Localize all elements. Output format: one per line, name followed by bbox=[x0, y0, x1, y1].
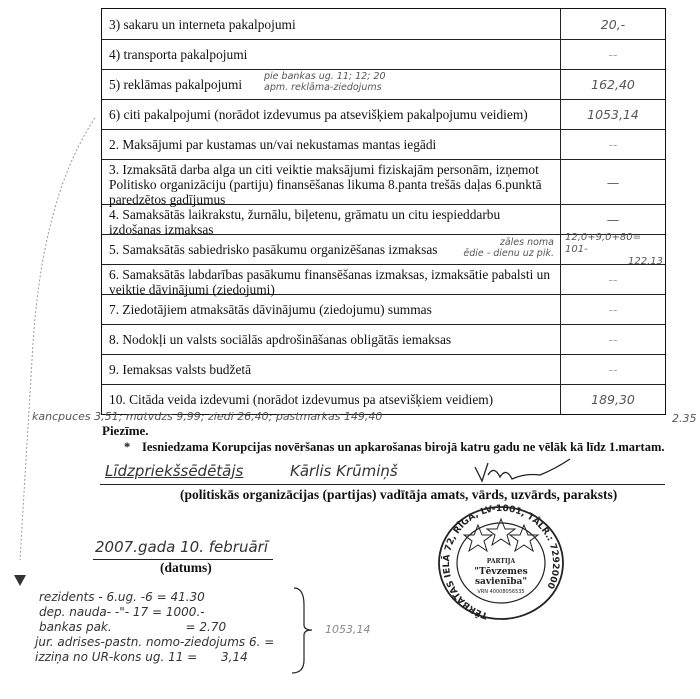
note-title: Piezīme. bbox=[102, 423, 149, 439]
row-value: 189,30 bbox=[561, 385, 665, 414]
signature-scribble bbox=[470, 455, 580, 485]
svg-text:savienība": savienība" bbox=[475, 577, 527, 587]
date-caption: (datums) bbox=[160, 560, 212, 576]
table-row: 6. Samaksātās labdarības pasākumu finans… bbox=[102, 264, 665, 294]
party-stamp: TĒRBATAS IELĀ 72, RĪGA, LV-1001, TĀLR.: … bbox=[430, 503, 572, 623]
handwritten-note: pie bankas ug. 11; 12; 20 apm. reklāma-z… bbox=[264, 71, 386, 93]
row-label: 5) reklāmas pakalpojumi bbox=[109, 77, 242, 92]
row-value: 1053,14 bbox=[561, 100, 665, 129]
row-label: 7. Ziedotājiem atmaksātās dāvinājumu (zi… bbox=[102, 295, 561, 324]
svg-text:VRN 40008056535: VRN 40008056535 bbox=[477, 589, 524, 595]
row-value: — bbox=[561, 205, 665, 234]
table-row: 4. Samaksātās laikrakstu, žurnālu, biļet… bbox=[102, 204, 665, 234]
signature-position: Līdzpriekšsēdētājs bbox=[105, 462, 243, 480]
date-value: 2007.gada 10. februārī bbox=[95, 538, 268, 556]
calc-line: rezidents - 6.ug. -6 = 41.30 bbox=[35, 590, 274, 605]
calc-line: bankas pak. = 2.70 bbox=[35, 620, 274, 635]
svg-text:PARTIJA: PARTIJA bbox=[487, 558, 516, 565]
signature-line bbox=[100, 484, 665, 485]
row-value: — bbox=[561, 160, 665, 204]
calc-total: 1053,14 bbox=[325, 623, 371, 636]
row-value: 20,- bbox=[561, 9, 665, 39]
table-row: 7. Ziedotājiem atmaksātās dāvinājumu (zi… bbox=[102, 294, 665, 324]
margin-total: 2.35 bbox=[672, 412, 697, 425]
brace-icon bbox=[290, 585, 320, 675]
calc-line: izziņa no UR-kons ug. 11 = 3,14 bbox=[35, 650, 274, 665]
table-row: 6) citi pakalpojumi (norādot izdevumus p… bbox=[102, 99, 665, 129]
table-row: 5) reklāmas pakalpojumi pie bankas ug. 1… bbox=[102, 69, 665, 99]
row-value: 12,0+9,0+80= 101- 122,13 bbox=[561, 235, 665, 264]
star-icon bbox=[464, 519, 538, 551]
signature-name: Kārlis Krūmiņš bbox=[290, 462, 398, 480]
arrow-head-icon bbox=[14, 575, 26, 586]
row-value: -- bbox=[561, 40, 665, 69]
handwritten-breakdown: kancpuces 3,51; mutvdzs 9,99; ziedi 26,4… bbox=[32, 410, 382, 423]
row-label: 3) sakaru un interneta pakalpojumi bbox=[102, 9, 561, 39]
expenses-table: 3) sakaru un interneta pakalpojumi 20,- … bbox=[101, 8, 666, 415]
calc-line: jur. adrises-pastn. nomo-ziedojums 6. = bbox=[35, 635, 274, 650]
row-label: 5. Samaksātās sabiedrisko pasākumu organ… bbox=[109, 242, 437, 257]
row-value: 162,40 bbox=[561, 70, 665, 99]
table-row: 3) sakaru un interneta pakalpojumi 20,- bbox=[102, 9, 665, 39]
bullet: * bbox=[124, 440, 142, 455]
row-value: -- bbox=[561, 325, 665, 354]
signature-caption: (politiskās organizācijas (partijas) vad… bbox=[180, 487, 617, 503]
table-row: 9. Iemaksas valsts budžetā -- bbox=[102, 354, 665, 384]
table-row: 2. Maksājumi par kustamas un/vai nekusta… bbox=[102, 129, 665, 159]
row-label: 2. Maksājumi par kustamas un/vai nekusta… bbox=[102, 130, 561, 159]
row-label: 3. Izmaksātā darba alga un citi veiktie … bbox=[102, 160, 561, 204]
note-text: *Iesniedzama Korupcijas novēršanas un ap… bbox=[124, 440, 665, 455]
row-value: -- bbox=[561, 295, 665, 324]
row-label: 9. Iemaksas valsts budžetā bbox=[102, 355, 561, 384]
row-value: -- bbox=[561, 130, 665, 159]
row-label: 4. Samaksātās laikrakstu, žurnālu, biļet… bbox=[102, 205, 561, 234]
table-row: 3. Izmaksātā darba alga un citi veiktie … bbox=[102, 159, 665, 204]
table-row: 8. Nodokļi un valsts sociālās apdrošināš… bbox=[102, 324, 665, 354]
table-row: 4) transporta pakalpojumi -- bbox=[102, 39, 665, 69]
row-label: 8. Nodokļi un valsts sociālās apdrošināš… bbox=[102, 325, 561, 354]
row-value: -- bbox=[561, 265, 665, 294]
row-label: 6) citi pakalpojumi (norādot izdevumus p… bbox=[102, 100, 561, 129]
row-value: -- bbox=[561, 355, 665, 384]
calc-line: dep. nauda- -"- 17 = 1000.- bbox=[35, 605, 274, 620]
svg-text:"Tēvzemes: "Tēvzemes bbox=[474, 567, 528, 577]
row-label: 4) transporta pakalpojumi bbox=[102, 40, 561, 69]
handwritten-note: zāles noma ēdie - dienu uz pik. bbox=[463, 237, 554, 259]
row-label: 6. Samaksātās labdarības pasākumu finans… bbox=[102, 265, 561, 294]
table-row: 5. Samaksātās sabiedrisko pasākumu organ… bbox=[102, 234, 665, 264]
calc-notes: rezidents - 6.ug. -6 = 41.30 dep. nauda-… bbox=[35, 590, 274, 665]
